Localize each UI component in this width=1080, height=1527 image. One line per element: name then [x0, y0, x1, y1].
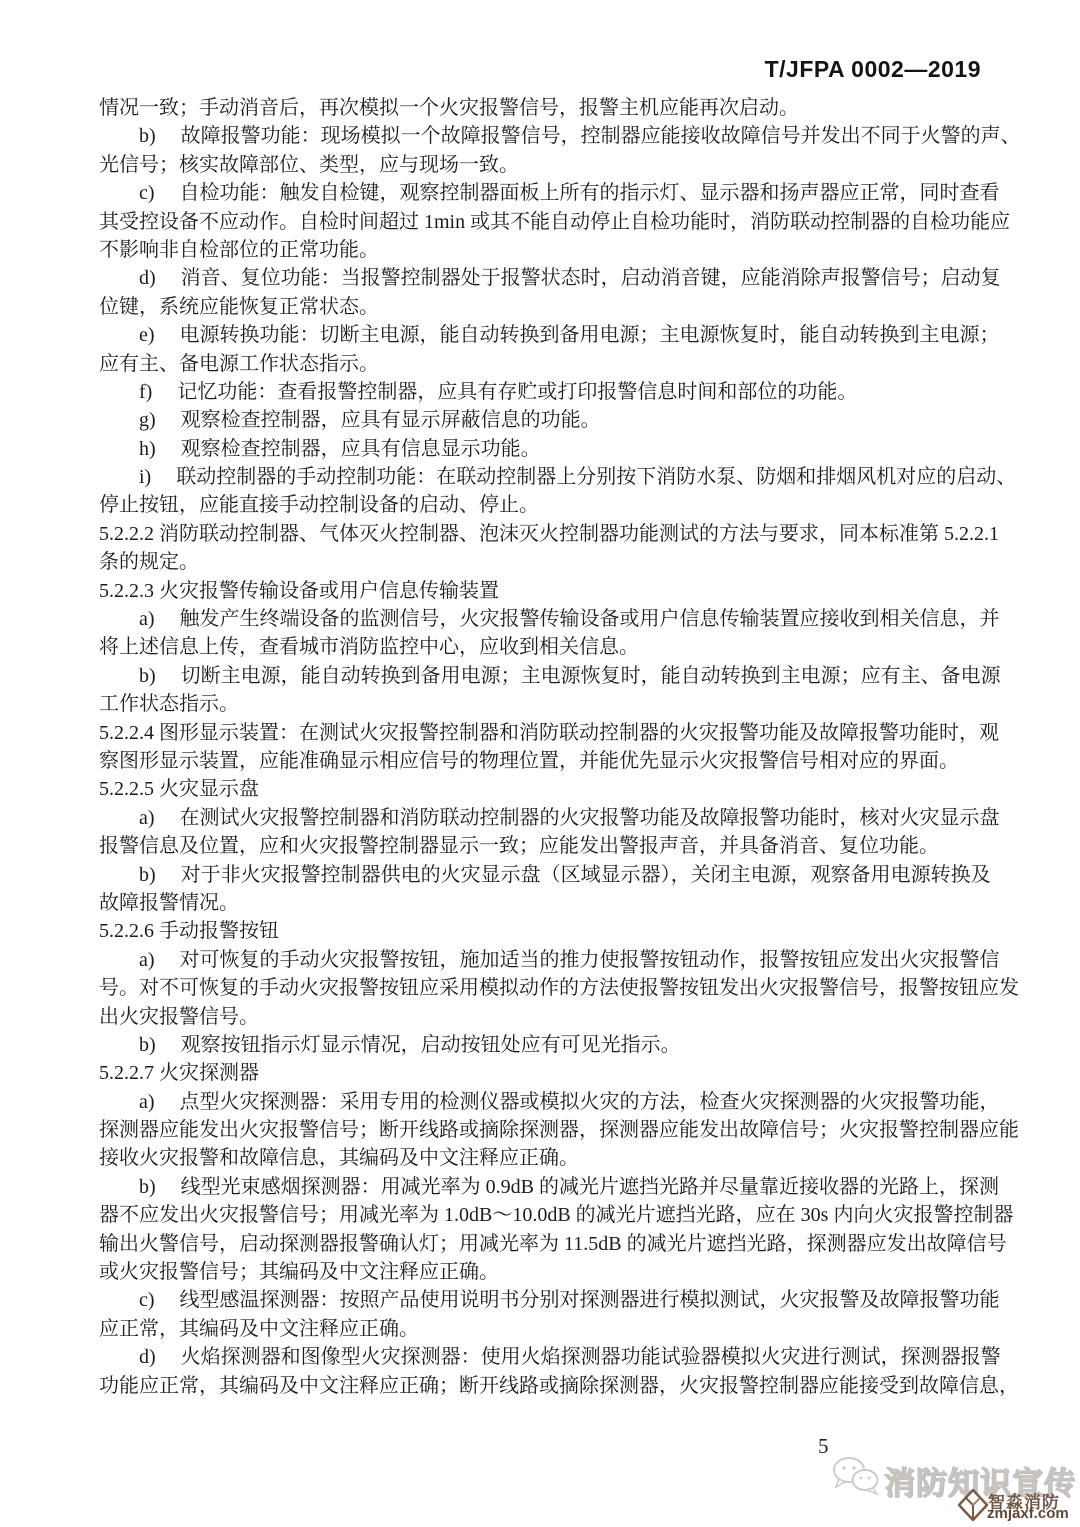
- text-line: c) 自检功能：触发自检键，观察控制器面板上所有的指示灯、显示器和扬声器应正常，…: [99, 179, 1004, 207]
- text-line: 探测器应能发出火灾报警信号；断开线路或摘除探测器，探测器应能发出故障信号；火灾报…: [99, 1116, 1004, 1144]
- text-line: 情况一致；手动消音后，再次模拟一个火灾报警信号，报警主机应能再次启动。: [99, 94, 1004, 122]
- text-line: b) 故障报警功能：现场模拟一个故障报警信号，控制器应能接收故障信号并发出不同于…: [99, 122, 1004, 150]
- document-page: { "header": { "standard_code": "T/JFPA 0…: [0, 0, 1080, 1527]
- text-line: 位键，系统应能恢复正常状态。: [99, 293, 1004, 321]
- text-line: 故障报警情况。: [99, 889, 1004, 917]
- diamond-logo-icon: [958, 1489, 988, 1521]
- text-line: 5.2.2.3 火灾报警传输设备或用户信息传输装置: [99, 577, 1004, 605]
- text-line: a) 点型火灾探测器：采用专用的检测仪器或模拟火灾的方法，检查火灾探测器的火灾报…: [99, 1088, 1004, 1116]
- brand-watermark-site: zmjaxf.com: [987, 1505, 1069, 1522]
- text-line: 将上述信息上传，查看城市消防监控中心，应收到相关信息。: [99, 633, 1004, 661]
- text-line: 条的规定。: [99, 548, 1004, 576]
- text-line: i) 联动控制器的手动控制功能：在联动控制器上分别按下消防水泵、防烟和排烟风机对…: [99, 463, 1004, 491]
- text-line: a) 对可恢复的手动火灾报警按钮，施加适当的推力使报警按钮动作，报警按钮应发出火…: [99, 946, 1004, 974]
- document-body: 情况一致；手动消音后，再次模拟一个火灾报警信号，报警主机应能再次启动。 b) 故…: [99, 94, 1004, 1400]
- text-line: h) 观察检查控制器，应具有信息显示功能。: [99, 435, 1004, 463]
- text-line: 器不应发出火灾报警信号；用减光率为 1.0dB～10.0dB 的减光片遮挡光路，…: [99, 1201, 1004, 1229]
- text-line: 5.2.2.7 火灾探测器: [99, 1059, 1004, 1087]
- text-line: 应正常，其编码及中文注释应正确。: [99, 1315, 1004, 1343]
- text-line: 5.2.2.6 手动报警按钮: [99, 917, 1004, 945]
- text-line: 不影响非自检部位的正常功能。: [99, 236, 1004, 264]
- text-line: 号。对不可恢复的手动火灾报警按钮应采用模拟动作的方法使报警按钮发出火灾报警信号，…: [99, 974, 1004, 1002]
- text-line: 应有主、备电源工作状态指示。: [99, 350, 1004, 378]
- text-line: b) 对于非火灾报警控制器供电的火灾显示盘（区域显示器），关闭主电源，观察备用电…: [99, 861, 1004, 889]
- wechat-chat-bubbles-icon: [831, 1456, 881, 1496]
- text-line: 功能应正常，其编码及中文注释应正确；断开线路或摘除探测器，火灾报警控制器应能接受…: [99, 1372, 1004, 1400]
- page-number: 5: [818, 1434, 829, 1459]
- text-line: c) 线型感温探测器：按照产品使用说明书分别对探测器进行模拟测试，火灾报警及故障…: [99, 1286, 1004, 1314]
- text-line: e) 电源转换功能：切断主电源，能自动转换到备用电源；主电源恢复时，能自动转换到…: [99, 321, 1004, 349]
- text-line: b) 线型光束感烟探测器：用减光率为 0.9dB 的减光片遮挡光路并尽量靠近接收…: [99, 1173, 1004, 1201]
- text-line: g) 观察检查控制器，应具有显示屏蔽信息的功能。: [99, 406, 1004, 434]
- text-line: f) 记忆功能：查看报警控制器，应具有存贮或打印报警信息时间和部位的功能。: [99, 378, 1004, 406]
- text-line: a) 触发产生终端设备的监测信号，火灾报警传输设备或用户信息传输装置应接收到相关…: [99, 605, 1004, 633]
- text-line: b) 观察按钮指示灯显示情况，启动按钮处应有可见光指示。: [99, 1031, 1004, 1059]
- text-line: 光信号；核实故障部位、类型，应与现场一致。: [99, 151, 1004, 179]
- text-line: 5.2.2.4 图形显示装置：在测试火灾报警控制器和消防联动控制器的火灾报警功能…: [99, 719, 1004, 747]
- text-line: 接收火灾报警和故障信息，其编码及中文注释应正确。: [99, 1144, 1004, 1172]
- text-line: 察图形显示装置，应能准确显示相应信号的物理位置，并能优先显示火灾报警信号相对应的…: [99, 747, 1004, 775]
- text-line: 输出火警信号，启动探测器报警确认灯；用减光率为 11.5dB 的减光片遮挡光路，…: [99, 1230, 1004, 1258]
- standard-code: T/JFPA 0002—2019: [765, 56, 981, 83]
- text-line: 或火灾报警信号；其编码及中文注释应正确。: [99, 1258, 1004, 1286]
- text-line: d) 消音、复位功能：当报警控制器处于报警状态时，启动消音键，应能消除声报警信号…: [99, 264, 1004, 292]
- text-line: d) 火焰探测器和图像型火灾探测器：使用火焰探测器功能试验器模拟火灾进行测试，探…: [99, 1343, 1004, 1371]
- text-line: b) 切断主电源，能自动转换到备用电源；主电源恢复时，能自动转换到主电源；应有主…: [99, 662, 1004, 690]
- text-line: 5.2.2.5 火灾显示盘: [99, 775, 1004, 803]
- text-line: 工作状态指示。: [99, 690, 1004, 718]
- text-line: 5.2.2.2 消防联动控制器、气体灭火控制器、泡沫灭火控制器功能测试的方法与要…: [99, 520, 1004, 548]
- text-line: 其受控设备不应动作。自检时间超过 1min 或其不能自动停止自检功能时，消防联动…: [99, 208, 1004, 236]
- text-line: 停止按钮，应能直接手动控制设备的启动、停止。: [99, 491, 1004, 519]
- text-line: 出火灾报警信号。: [99, 1003, 1004, 1031]
- text-line: 报警信息及位置，应和火灾报警控制器显示一致；应能发出警报声音，并具备消音、复位功…: [99, 832, 1004, 860]
- text-line: a) 在测试火灾报警控制器和消防联动控制器的火灾报警功能及故障报警功能时，核对火…: [99, 804, 1004, 832]
